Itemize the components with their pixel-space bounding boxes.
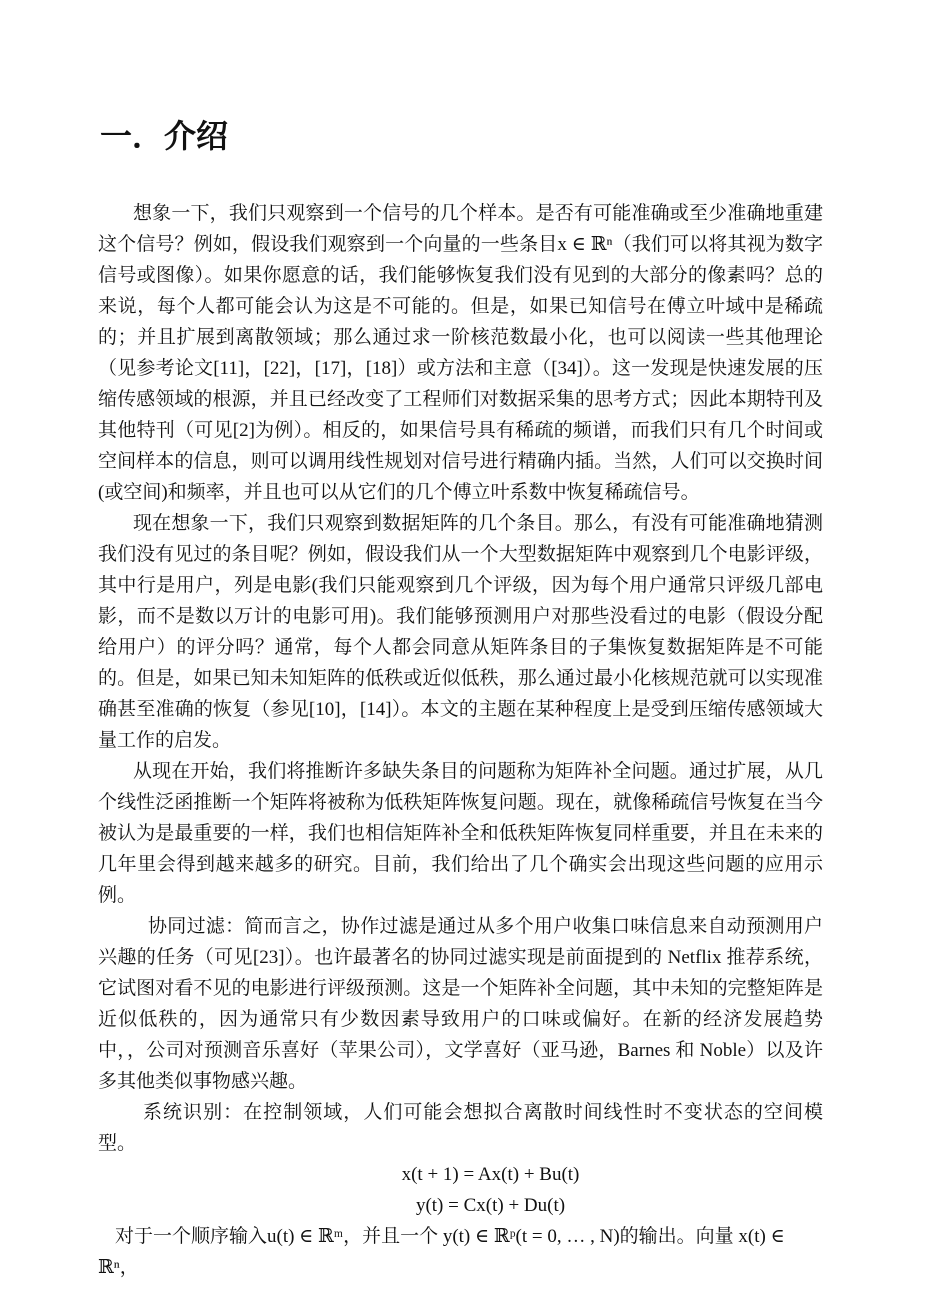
paragraph-matrix-completion-terms: 从现在开始，我们将推断许多缺失条目的问题称为矩阵补全问题。通过扩展，从几个线性泛… xyxy=(98,756,823,911)
paragraph-io-description: 对于一个顺序输入u(t) ∈ ℝᵐ，并且一个 y(t) ∈ ℝᵖ(t = 0, … xyxy=(98,1221,823,1283)
paragraph-matrix-entries: 现在想象一下，我们只观察到数据矩阵的几个条目。那么，有没有可能准确地猜测我们没有… xyxy=(98,508,823,756)
document-body: 想象一下，我们只观察到一个信号的几个样本。是否有可能准确或至少准确地重建这个信号… xyxy=(98,198,823,1283)
formula-output-equation: y(t) = Cx(t) + Du(t) xyxy=(98,1190,823,1221)
document-page: 一．介绍 想象一下，我们只观察到一个信号的几个样本。是否有可能准确或至少准确地重… xyxy=(0,0,926,1309)
paragraph-signal-recovery: 想象一下，我们只观察到一个信号的几个样本。是否有可能准确或至少准确地重建这个信号… xyxy=(98,198,823,508)
paragraph-system-identification: 系统识别：在控制领域，人们可能会想拟合离散时间线性时不变状态的空间模型。 xyxy=(98,1097,823,1159)
paragraph-collaborative-filtering: 协同过滤：简而言之，协作过滤是通过从多个用户收集口味信息来自动预测用户兴趣的任务… xyxy=(98,911,823,1097)
section-title: 一．介绍 xyxy=(100,118,823,154)
formula-state-equation: x(t + 1) = Ax(t) + Bu(t) xyxy=(98,1159,823,1190)
